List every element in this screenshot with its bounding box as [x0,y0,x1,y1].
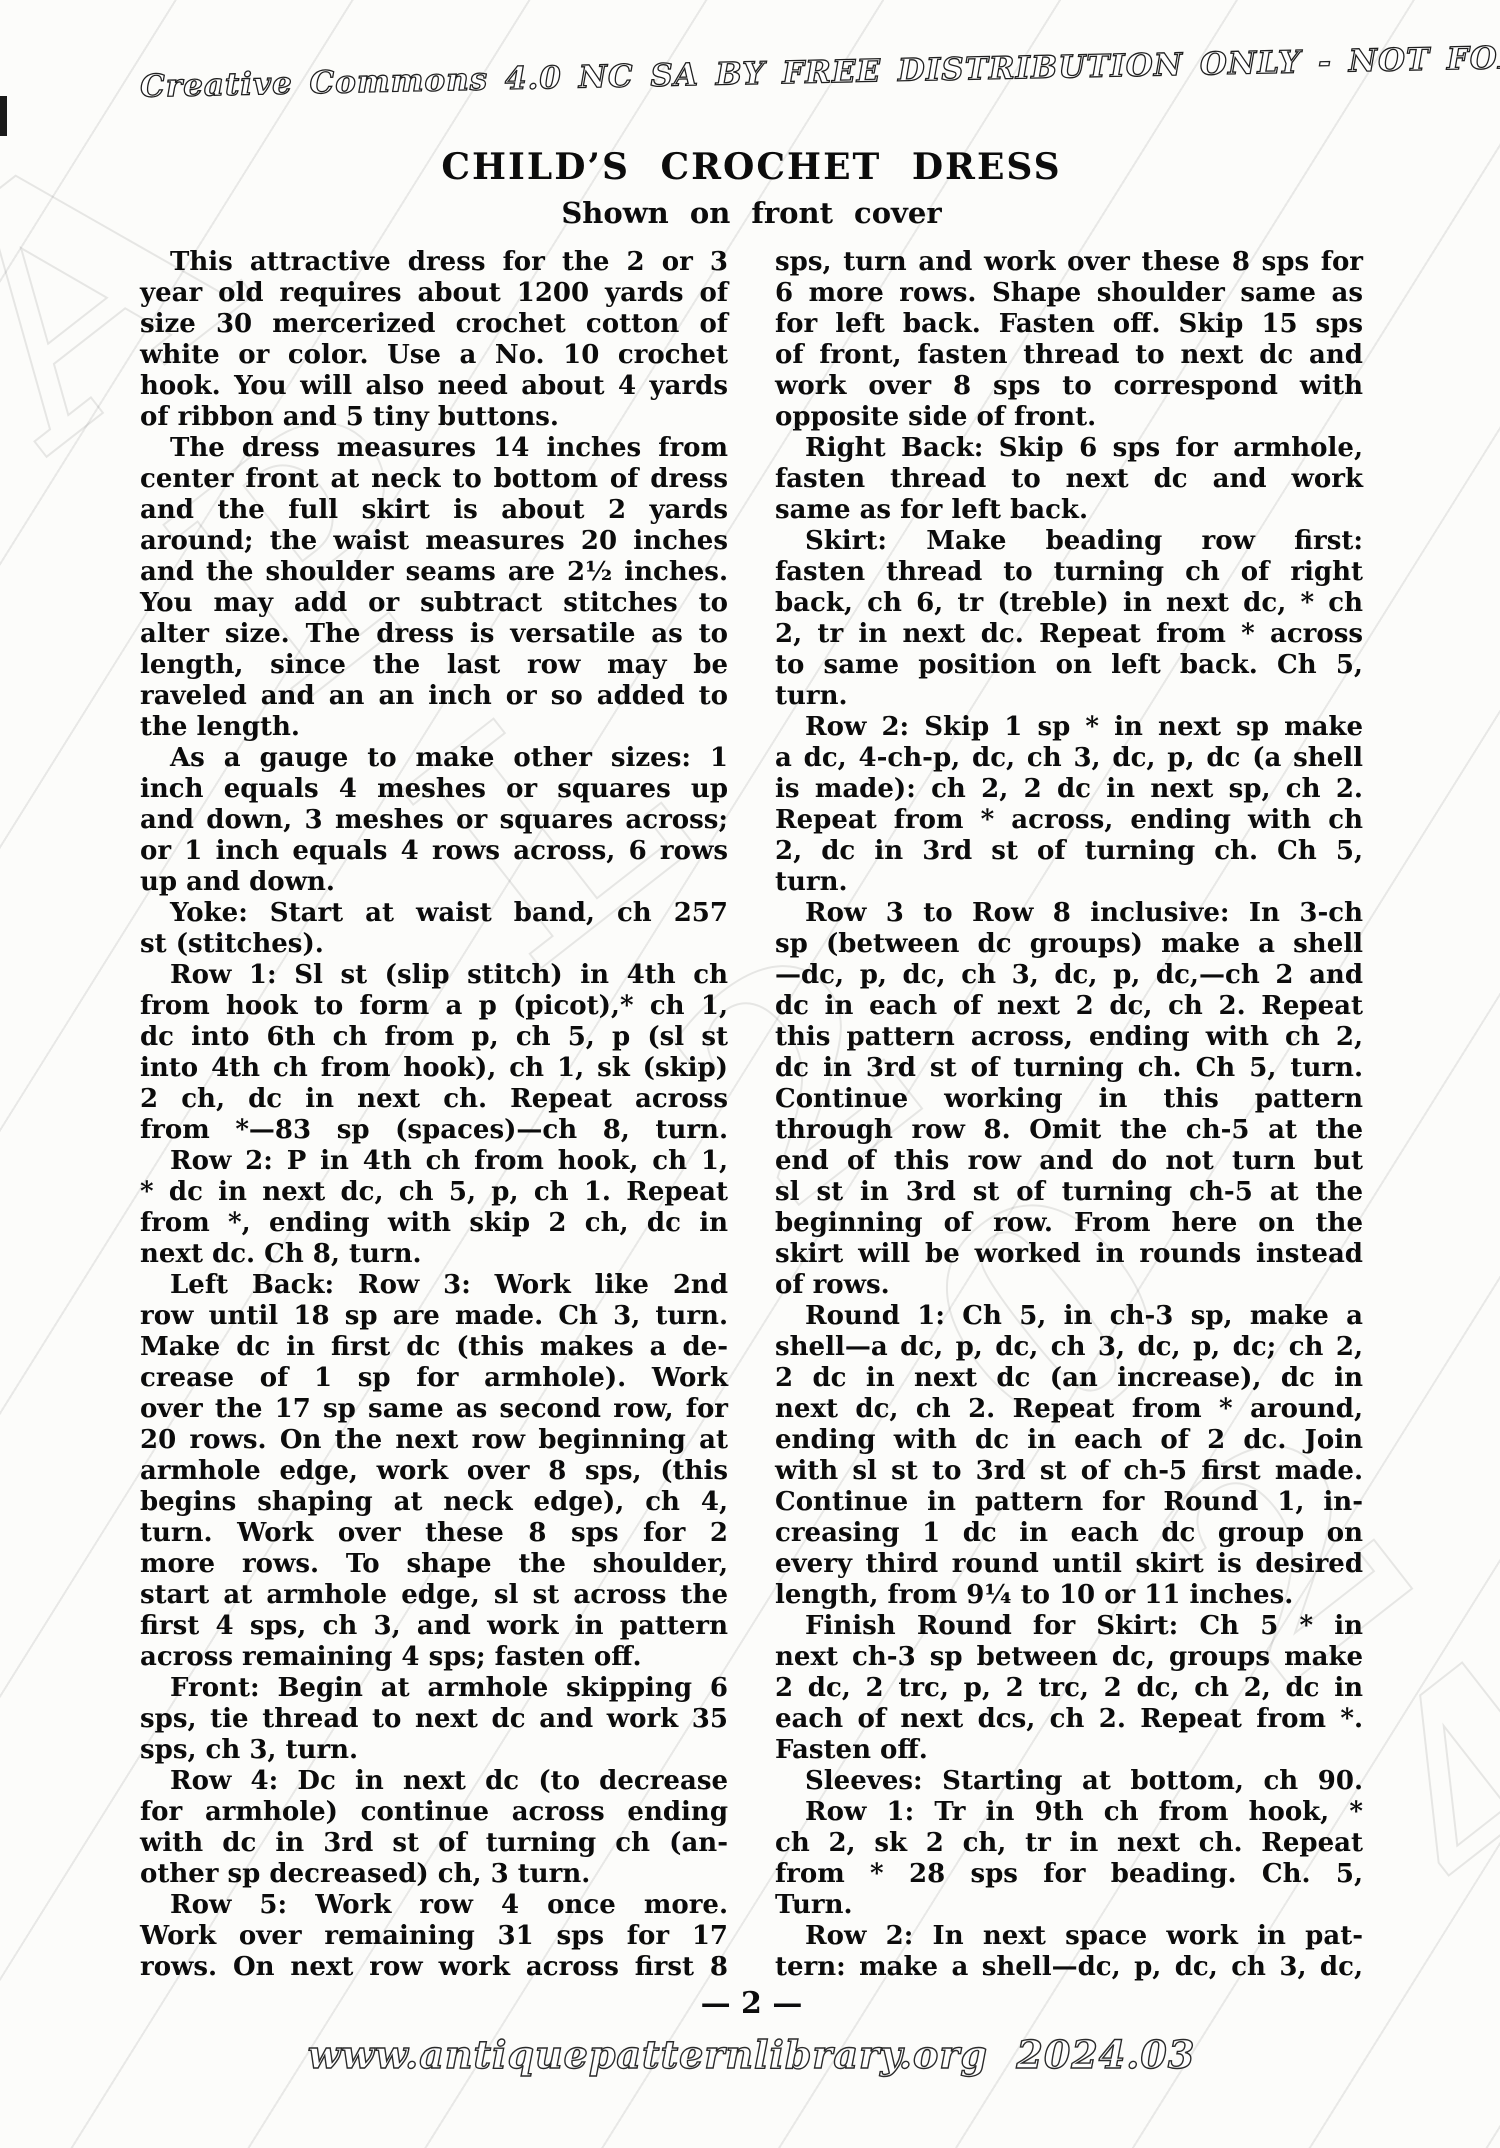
text-line: and the full skirt is about 2 yards [140,495,728,526]
text-line: from hook to form a p (picot),* ch 1, [140,991,728,1022]
text-line: year old requires about 1200 yards of [140,278,728,309]
text-line: Row 1: Sl st (slip stitch) in 4th ch [140,960,728,991]
text-line: Continue in pattern for Round 1, in- [775,1487,1363,1518]
text-line: work over 8 sps to correspond with [775,371,1363,402]
text-line: through row 8. Omit the ch-5 at the [775,1115,1363,1146]
text-line: beginning of row. From here on the [775,1208,1363,1239]
text-line: each of next dcs, ch 2. Repeat from *. [775,1704,1363,1735]
page-title: CHILD’S CROCHET DRESS [140,146,1363,188]
text-line: Row 2: P in 4th ch from hook, ch 1, [140,1146,728,1177]
text-line: As a gauge to make other sizes: 1 [140,743,728,774]
text-line: of ribbon and 5 tiny buttons. [140,402,728,433]
text-line: Skirt: Make beading row first: [775,526,1363,557]
text-line: dc in each of next 2 dc, ch 2. Repeat [775,991,1363,1022]
text-line: next dc, ch 2. Repeat from * around, [775,1394,1363,1425]
text-line: 2, dc in 3rd st of turning ch. Ch 5, [775,836,1363,867]
text-line: ch 2, sk 2 ch, tr in next ch. Repeat [775,1828,1363,1859]
text-line: center front at neck to bottom of dress [140,464,728,495]
text-line: Sleeves: Starting at bottom, ch 90. [775,1766,1363,1797]
text-line: Row 2: Skip 1 sp * in next sp make [775,712,1363,743]
text-line: start at armhole edge, sl st across the [140,1580,728,1611]
text-line: creasing 1 dc in each dc group on [775,1518,1363,1549]
text-line: row until 18 sp are made. Ch 3, turn. [140,1301,728,1332]
text-line: hook. You will also need about 4 yards [140,371,728,402]
text-line: 2 dc in next dc (an increase), dc in [775,1363,1363,1394]
text-line: every third round until skirt is desired [775,1549,1363,1580]
text-line: 2 ch, dc in next ch. Repeat across [140,1084,728,1115]
text-line: around; the waist measures 20 inches [140,526,728,557]
text-line: Make dc in first dc (this makes a de- [140,1332,728,1363]
text-line: skirt will be worked in rounds instead [775,1239,1363,1270]
text-line: sps, turn and work over these 8 sps for [775,247,1363,278]
text-line: crease of 1 sp for armhole). Work [140,1363,728,1394]
text-line: or 1 inch equals 4 rows across, 6 rows [140,836,728,867]
text-line: sp (between dc groups) make a shell [775,929,1363,960]
text-line: Turn. [775,1890,1363,1921]
text-line: Left Back: Row 3: Work like 2nd [140,1270,728,1301]
text-line: sps, ch 3, turn. [140,1735,728,1766]
text-line: Finish Round for Skirt: Ch 5 * in [775,1611,1363,1642]
text-line: tern: make a shell—dc, p, dc, ch 3, dc, [775,1952,1363,1983]
text-line: the length. [140,712,728,743]
text-line: back, ch 6, tr (treble) in next dc, * ch [775,588,1363,619]
text-line: size 30 mercerized crochet cotton of [140,309,728,340]
text-line: Row 5: Work row 4 once more. [140,1890,728,1921]
text-line: next dc. Ch 8, turn. [140,1239,728,1270]
text-line: You may add or subtract stitches to [140,588,728,619]
text-line: of front, fasten thread to next dc and [775,340,1363,371]
text-line: turn. [775,867,1363,898]
text-line: alter size. The dress is versatile as to [140,619,728,650]
text-line: 2, tr in next dc. Repeat from * across [775,619,1363,650]
text-line: for left back. Fasten off. Skip 15 sps [775,309,1363,340]
text-line: Row 3 to Row 8 inclusive: In 3-ch [775,898,1363,929]
text-line: Round 1: Ch 5, in ch-3 sp, make a [775,1301,1363,1332]
scan-edge-artifact [0,96,7,136]
text-line: * dc in next dc, ch 5, p, ch 1. Repeat [140,1177,728,1208]
text-line: and down, 3 meshes or squares across; [140,805,728,836]
text-line: Row 1: Tr in 9th ch from hook, * [775,1797,1363,1828]
text-line: 20 rows. On the next row beginning at [140,1425,728,1456]
text-line: turn. Work over these 8 sps for 2 [140,1518,728,1549]
text-line: with dc in 3rd st of turning ch (an- [140,1828,728,1859]
text-line: Right Back: Skip 6 sps for armhole, [775,433,1363,464]
text-line: to same position on left back. Ch 5, [775,650,1363,681]
text-line: Row 4: Dc in next dc (to decrease [140,1766,728,1797]
text-line: length, from 9¼ to 10 or 11 inches. [775,1580,1363,1611]
text-line: white or color. Use a No. 10 crochet [140,340,728,371]
text-line: first 4 sps, ch 3, and work in pattern [140,1611,728,1642]
text-line: Row 2: In next space work in pat- [775,1921,1363,1952]
text-line: raveled and an an inch or so added to [140,681,728,712]
text-line: inch equals 4 meshes or squares up [140,774,728,805]
text-line: end of this row and do not turn but [775,1146,1363,1177]
text-line: sl st in 3rd st of turning ch-5 at the [775,1177,1363,1208]
text-line: dc in 3rd st of turning ch. Ch 5, turn. [775,1053,1363,1084]
text-line: from * 28 sps for beading. Ch. 5, [775,1859,1363,1890]
text-line: fasten thread to next dc and work [775,464,1363,495]
text-line: Fasten off. [775,1735,1363,1766]
text-line: up and down. [140,867,728,898]
text-column-right: sps, turn and work over these 8 sps for6… [775,247,1363,1983]
text-line: Work over remaining 31 sps for 17 [140,1921,728,1952]
footer-url: www.antiquepatternlibrary.org 2024.03 [140,2032,1363,2077]
text-line: next ch-3 sp between dc, groups make [775,1642,1363,1673]
text-line: other sp decreased) ch, 3 turn. [140,1859,728,1890]
text-line: same as for left back. [775,495,1363,526]
text-line: 6 more rows. Shape shoulder same as [775,278,1363,309]
text-line: into 4th ch from hook), ch 1, sk (skip) [140,1053,728,1084]
text-line: st (stitches). [140,929,728,960]
text-line: 2 dc, 2 trc, p, 2 trc, 2 dc, ch 2, dc in [775,1673,1363,1704]
text-line: ending with dc in each of 2 dc. Join [775,1425,1363,1456]
page-number: — 2 — [140,1986,1363,2021]
text-line: with sl st to 3rd st of ch-5 first made. [775,1456,1363,1487]
text-line: sps, tie thread to next dc and work 35 [140,1704,728,1735]
text-line: across remaining 4 sps; fasten off. [140,1642,728,1673]
text-line: this pattern across, ending with ch 2, [775,1022,1363,1053]
text-line: shell—a dc, p, dc, ch 3, dc, p, dc; ch 2… [775,1332,1363,1363]
text-line: rows. On next row work across first 8 [140,1952,728,1983]
text-line: Front: Begin at armhole skipping 6 [140,1673,728,1704]
text-line: This attractive dress for the 2 or 3 [140,247,728,278]
text-line: The dress measures 14 inches from [140,433,728,464]
text-line: fasten thread to turning ch of right [775,557,1363,588]
text-line: of rows. [775,1270,1363,1301]
text-line: and the shoulder seams are 2½ inches. [140,557,728,588]
text-line: opposite side of front. [775,402,1363,433]
text-line: more rows. To shape the shoulder, [140,1549,728,1580]
page-subtitle: Shown on front cover [140,196,1363,230]
text-line: Repeat from * across, ending with ch [775,805,1363,836]
text-line: is made): ch 2, 2 dc in next sp, ch 2. [775,774,1363,805]
cc-license-notice: Creative Commons 4.0 NC SA BY FREE DISTR… [140,43,1363,105]
text-line: begins shaping at neck edge), ch 4, [140,1487,728,1518]
text-line: dc into 6th ch from p, ch 5, p (sl st [140,1022,728,1053]
text-line: armhole edge, work over 8 sps, (this [140,1456,728,1487]
text-line: over the 17 sp same as second row, for [140,1394,728,1425]
text-line: a dc, 4-ch-p, dc, ch 3, dc, p, dc (a she… [775,743,1363,774]
text-line: Continue working in this pattern [775,1084,1363,1115]
text-line: from *, ending with skip 2 ch, dc in [140,1208,728,1239]
text-column-left: This attractive dress for the 2 or 3year… [140,247,728,1983]
text-line: Yoke: Start at waist band, ch 257 [140,898,728,929]
text-line: length, since the last row may be [140,650,728,681]
text-line: turn. [775,681,1363,712]
text-line: from *—83 sp (spaces)—ch 8, turn. [140,1115,728,1146]
text-line: for armhole) continue across ending [140,1797,728,1828]
text-line: —dc, p, dc, ch 3, dc, p, dc,—ch 2 and [775,960,1363,991]
